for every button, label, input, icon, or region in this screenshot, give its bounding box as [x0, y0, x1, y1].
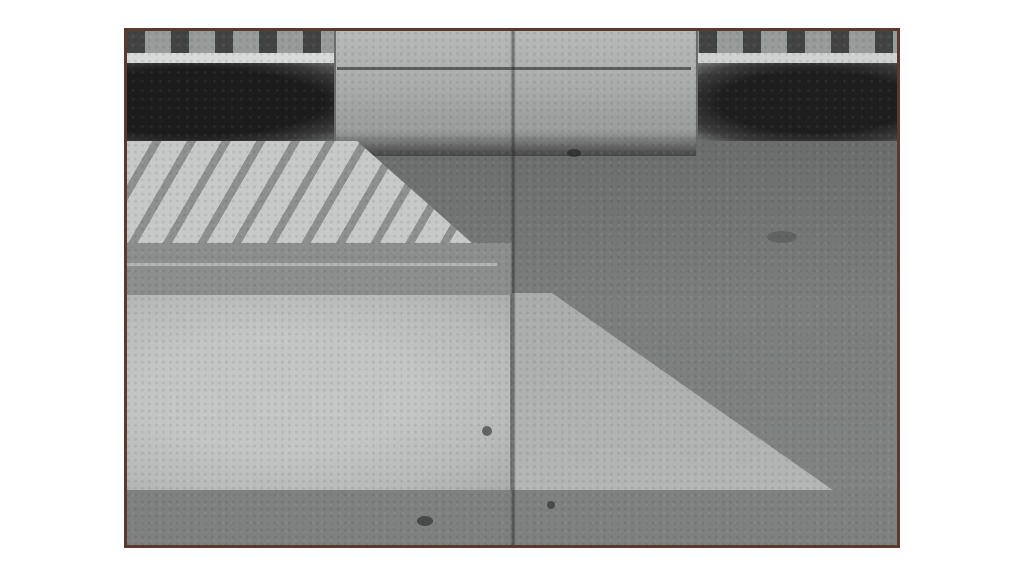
stain: [482, 426, 492, 436]
stain: [417, 516, 433, 526]
stain: [567, 149, 581, 157]
stain: [767, 231, 797, 243]
photo-spread: [124, 28, 900, 548]
stain: [547, 501, 555, 509]
film-grain: [127, 31, 897, 545]
